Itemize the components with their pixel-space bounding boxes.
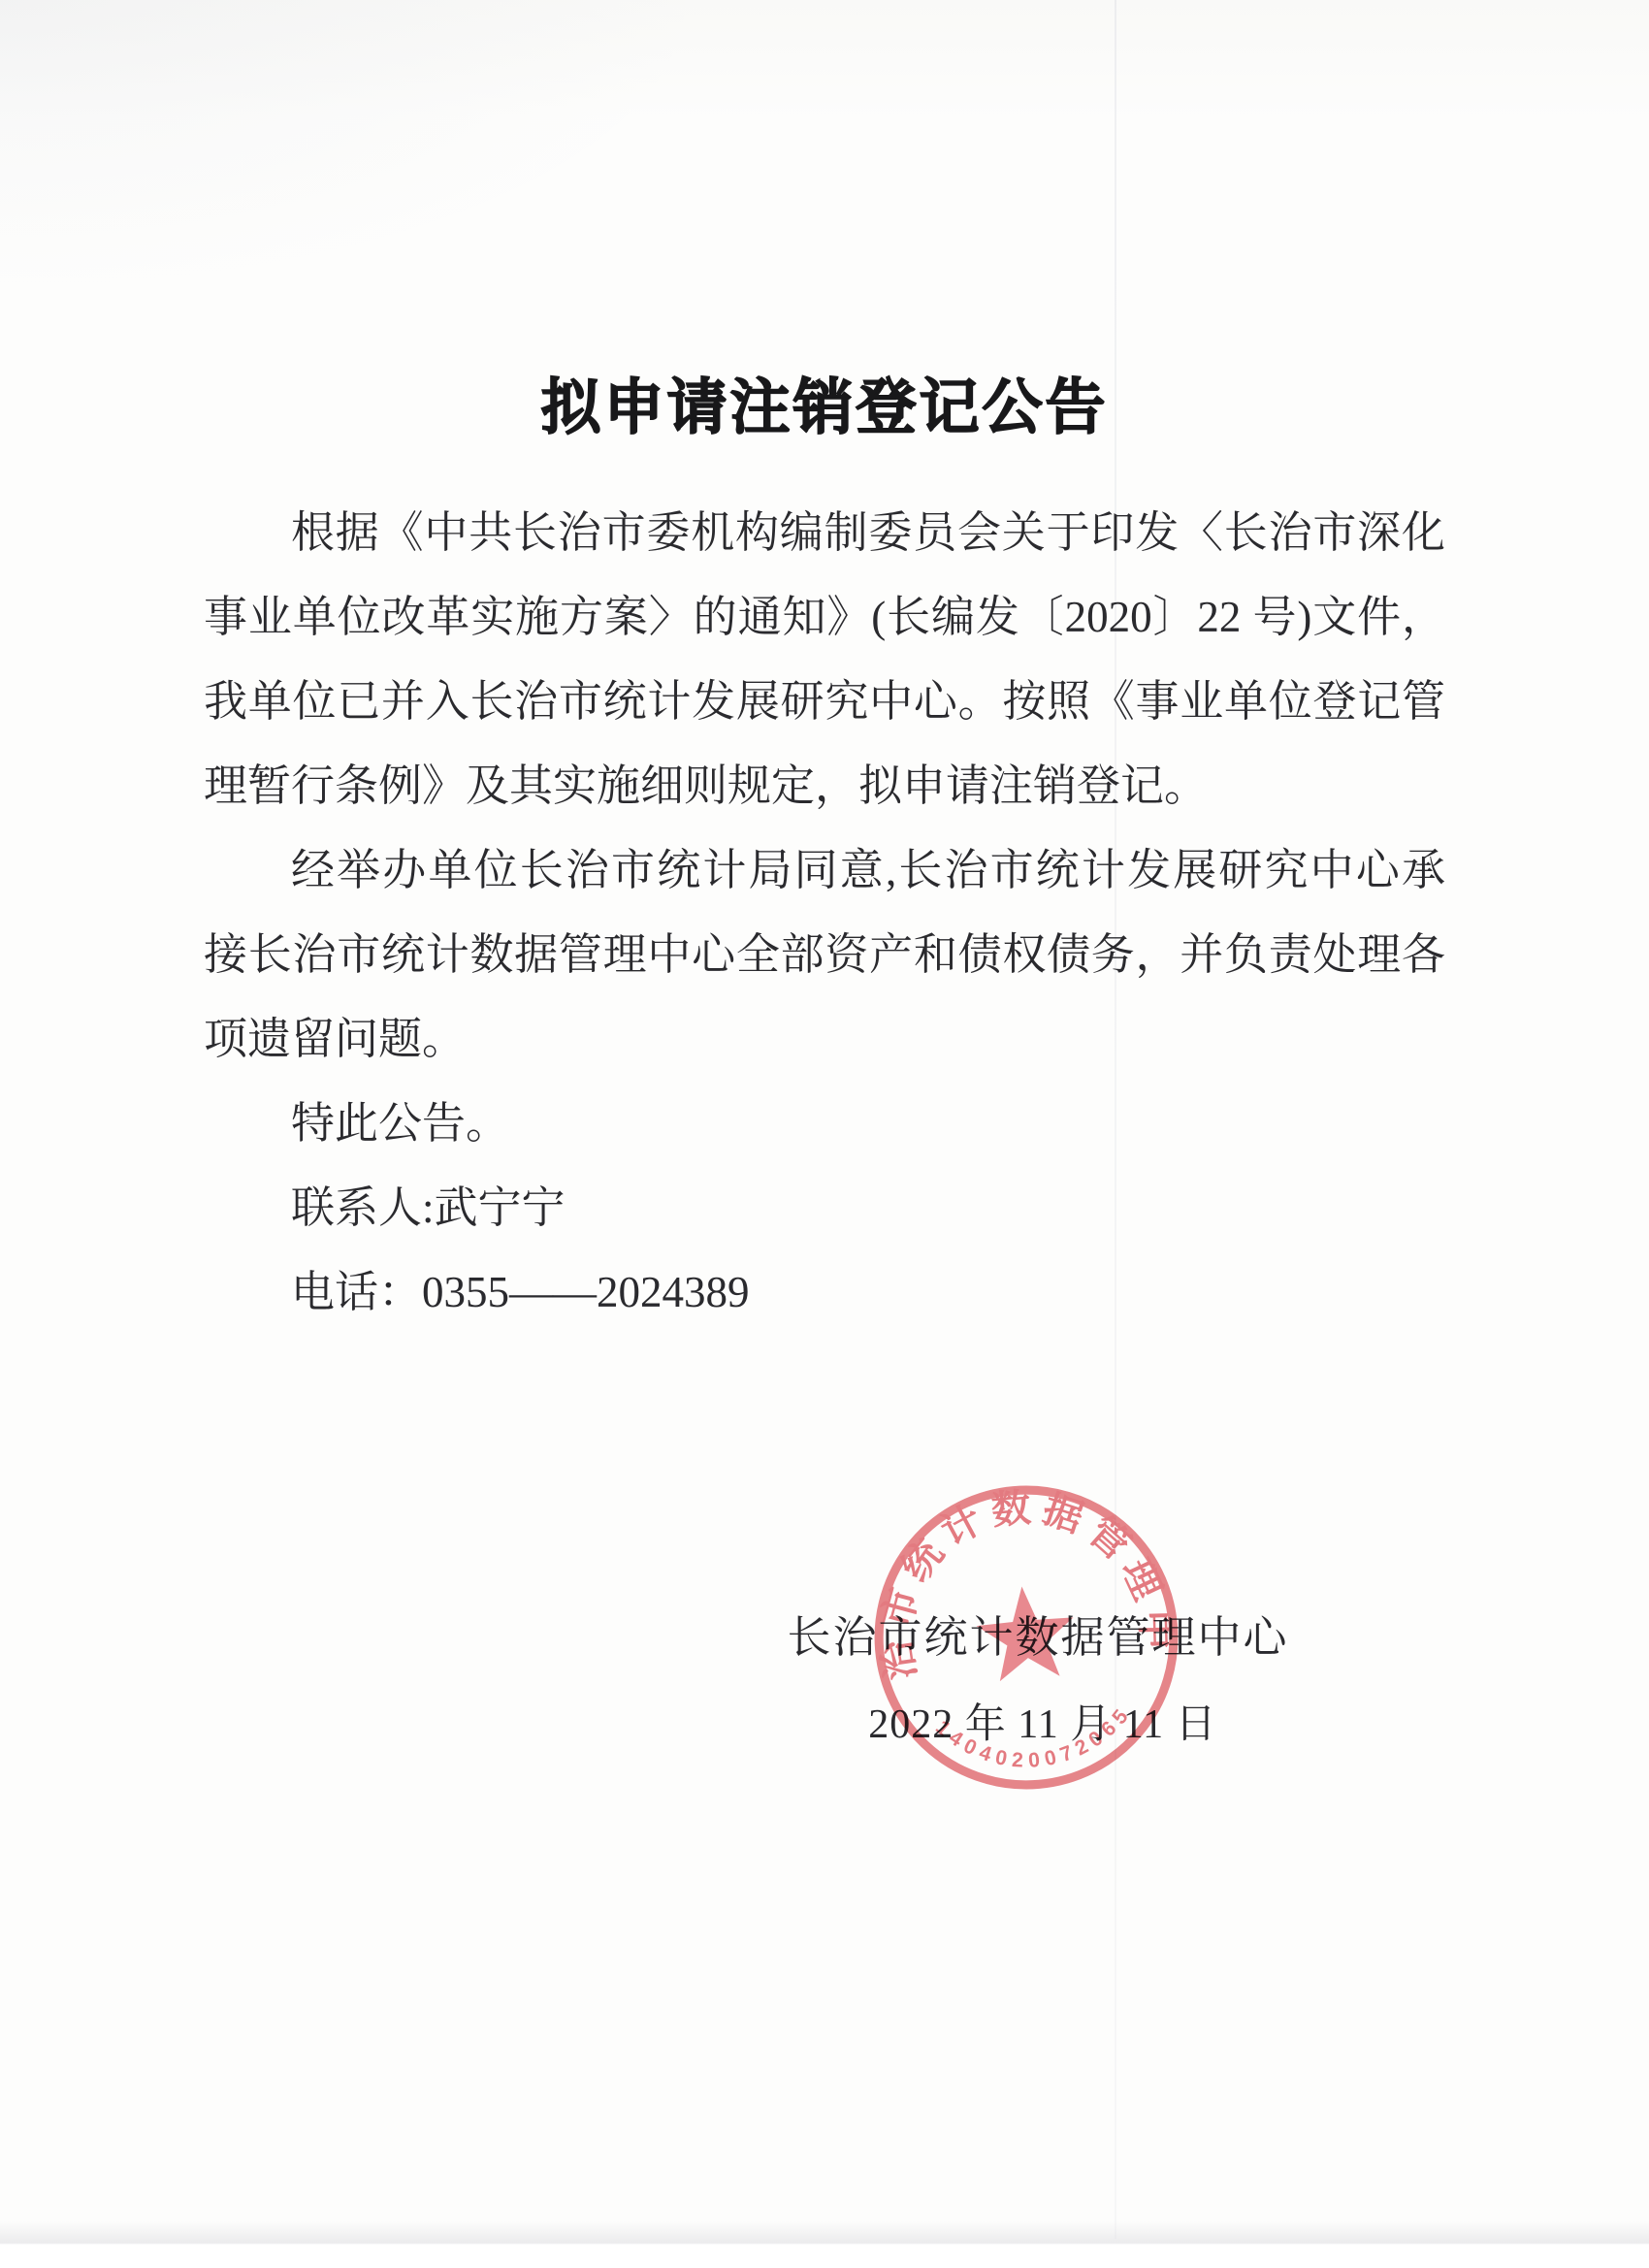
- body-line: 我单位已并入长治市统计发展研究中心。按照《事业单位登记管: [204, 660, 1445, 744]
- body-line: 特此公告。: [204, 1082, 1445, 1166]
- phone-number-line: 电话：0355——2024389: [204, 1250, 1445, 1335]
- scanned-document-page: 拟申请注销登记公告 根据《中共长治市委机构编制委员会关于印发〈长治市深化 事业单…: [0, 0, 1649, 2268]
- body-line: 项遗留问题。: [204, 997, 1445, 1082]
- body-line: 接长治市统计数据管理中心全部资产和债权债务，并负责处理各: [204, 913, 1445, 997]
- contact-person-line: 联系人:武宁宁: [204, 1166, 1445, 1250]
- signature-org-name: 长治市统计数据管理中心: [553, 1602, 1523, 1665]
- body-line: 事业单位改革实施方案〉的通知》(长编发〔2020〕22 号)文件，: [204, 575, 1445, 660]
- document-body: 根据《中共长治市委机构编制委员会关于印发〈长治市深化 事业单位改革实施方案〉的通…: [204, 491, 1445, 1335]
- document-title: 拟申请注销登记公告: [0, 359, 1649, 445]
- body-line: 根据《中共长治市委机构编制委员会关于印发〈长治市深化: [204, 491, 1445, 575]
- body-line: 理暂行条例》及其实施细则规定，拟申请注销登记。: [204, 744, 1445, 828]
- signature-date: 2022 年 11 月 11 日: [558, 1692, 1528, 1750]
- body-line: 经举办单位长治市统计局同意,长治市统计发展研究中心承: [204, 828, 1445, 913]
- scan-edge-shadow: [0, 2221, 1649, 2268]
